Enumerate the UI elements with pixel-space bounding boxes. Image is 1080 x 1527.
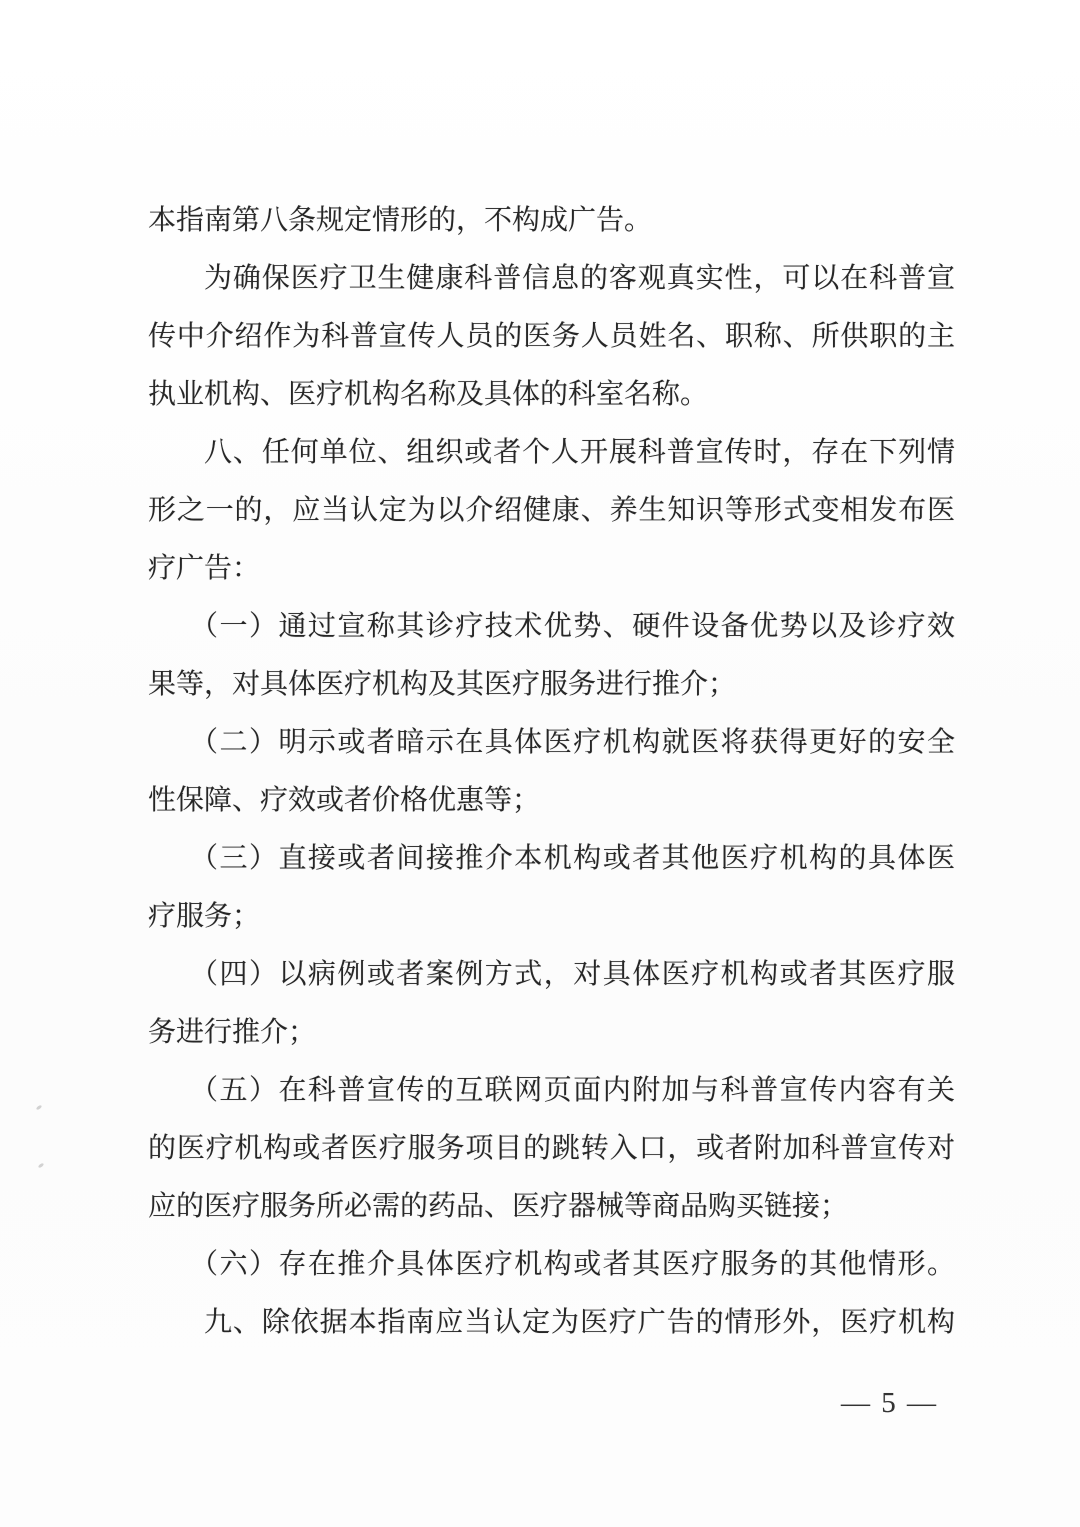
text-line: （一）通过宣称其诊疗技术优势、硬件设备优势以及诊疗效 bbox=[148, 598, 955, 656]
text-line: 务进行推介； bbox=[148, 1004, 955, 1062]
text-line: （六）存在推介具体医疗机构或者其医疗服务的其他情形。 bbox=[148, 1236, 955, 1294]
text-line: 为确保医疗卫生健康科普信息的客观真实性，可以在科普宣 bbox=[148, 250, 955, 308]
text-block: 本指南第八条规定情形的，不构成广告。为确保医疗卫生健康科普信息的客观真实性，可以… bbox=[148, 192, 955, 1352]
scan-speck bbox=[38, 1163, 45, 1169]
text-line: 执业机构、医疗机构名称及具体的科室名称。 bbox=[148, 366, 955, 424]
scanned-document-page: { "page": { "background_color": "#fdfdfd… bbox=[0, 0, 1080, 1527]
text-line: （五）在科普宣传的互联网页面内附加与科普宣传内容有关 bbox=[148, 1062, 955, 1120]
page-background: 本指南第八条规定情形的，不构成广告。为确保医疗卫生健康科普信息的客观真实性，可以… bbox=[0, 0, 1080, 1527]
text-line: 疗广告： bbox=[148, 540, 955, 598]
scan-speck bbox=[36, 1105, 43, 1111]
text-line: （四）以病例或者案例方式，对具体医疗机构或者其医疗服 bbox=[148, 946, 955, 1004]
text-line: 传中介绍作为科普宣传人员的医务人员姓名、职称、所供职的主 bbox=[148, 308, 955, 366]
text-line: 的医疗机构或者医疗服务项目的跳转入口，或者附加科普宣传对 bbox=[148, 1120, 955, 1178]
text-line: 形之一的，应当认定为以介绍健康、养生知识等形式变相发布医 bbox=[148, 482, 955, 540]
text-line: 九、除依据本指南应当认定为医疗广告的情形外，医疗机构 bbox=[148, 1294, 955, 1352]
text-line: 性保障、疗效或者价格优惠等； bbox=[148, 772, 955, 830]
text-line: 本指南第八条规定情形的，不构成广告。 bbox=[148, 192, 955, 250]
text-line: 应的医疗服务所必需的药品、医疗器械等商品购买链接； bbox=[148, 1178, 955, 1236]
text-line: 疗服务； bbox=[148, 888, 955, 946]
text-line: （三）直接或者间接推介本机构或者其他医疗机构的具体医 bbox=[148, 830, 955, 888]
page-number: — 5 — bbox=[841, 1383, 938, 1423]
text-line: 果等，对具体医疗机构及其医疗服务进行推介； bbox=[148, 656, 955, 714]
text-line: 八、任何单位、组织或者个人开展科普宣传时，存在下列情 bbox=[148, 424, 955, 482]
text-line: （二）明示或者暗示在具体医疗机构就医将获得更好的安全 bbox=[148, 714, 955, 772]
